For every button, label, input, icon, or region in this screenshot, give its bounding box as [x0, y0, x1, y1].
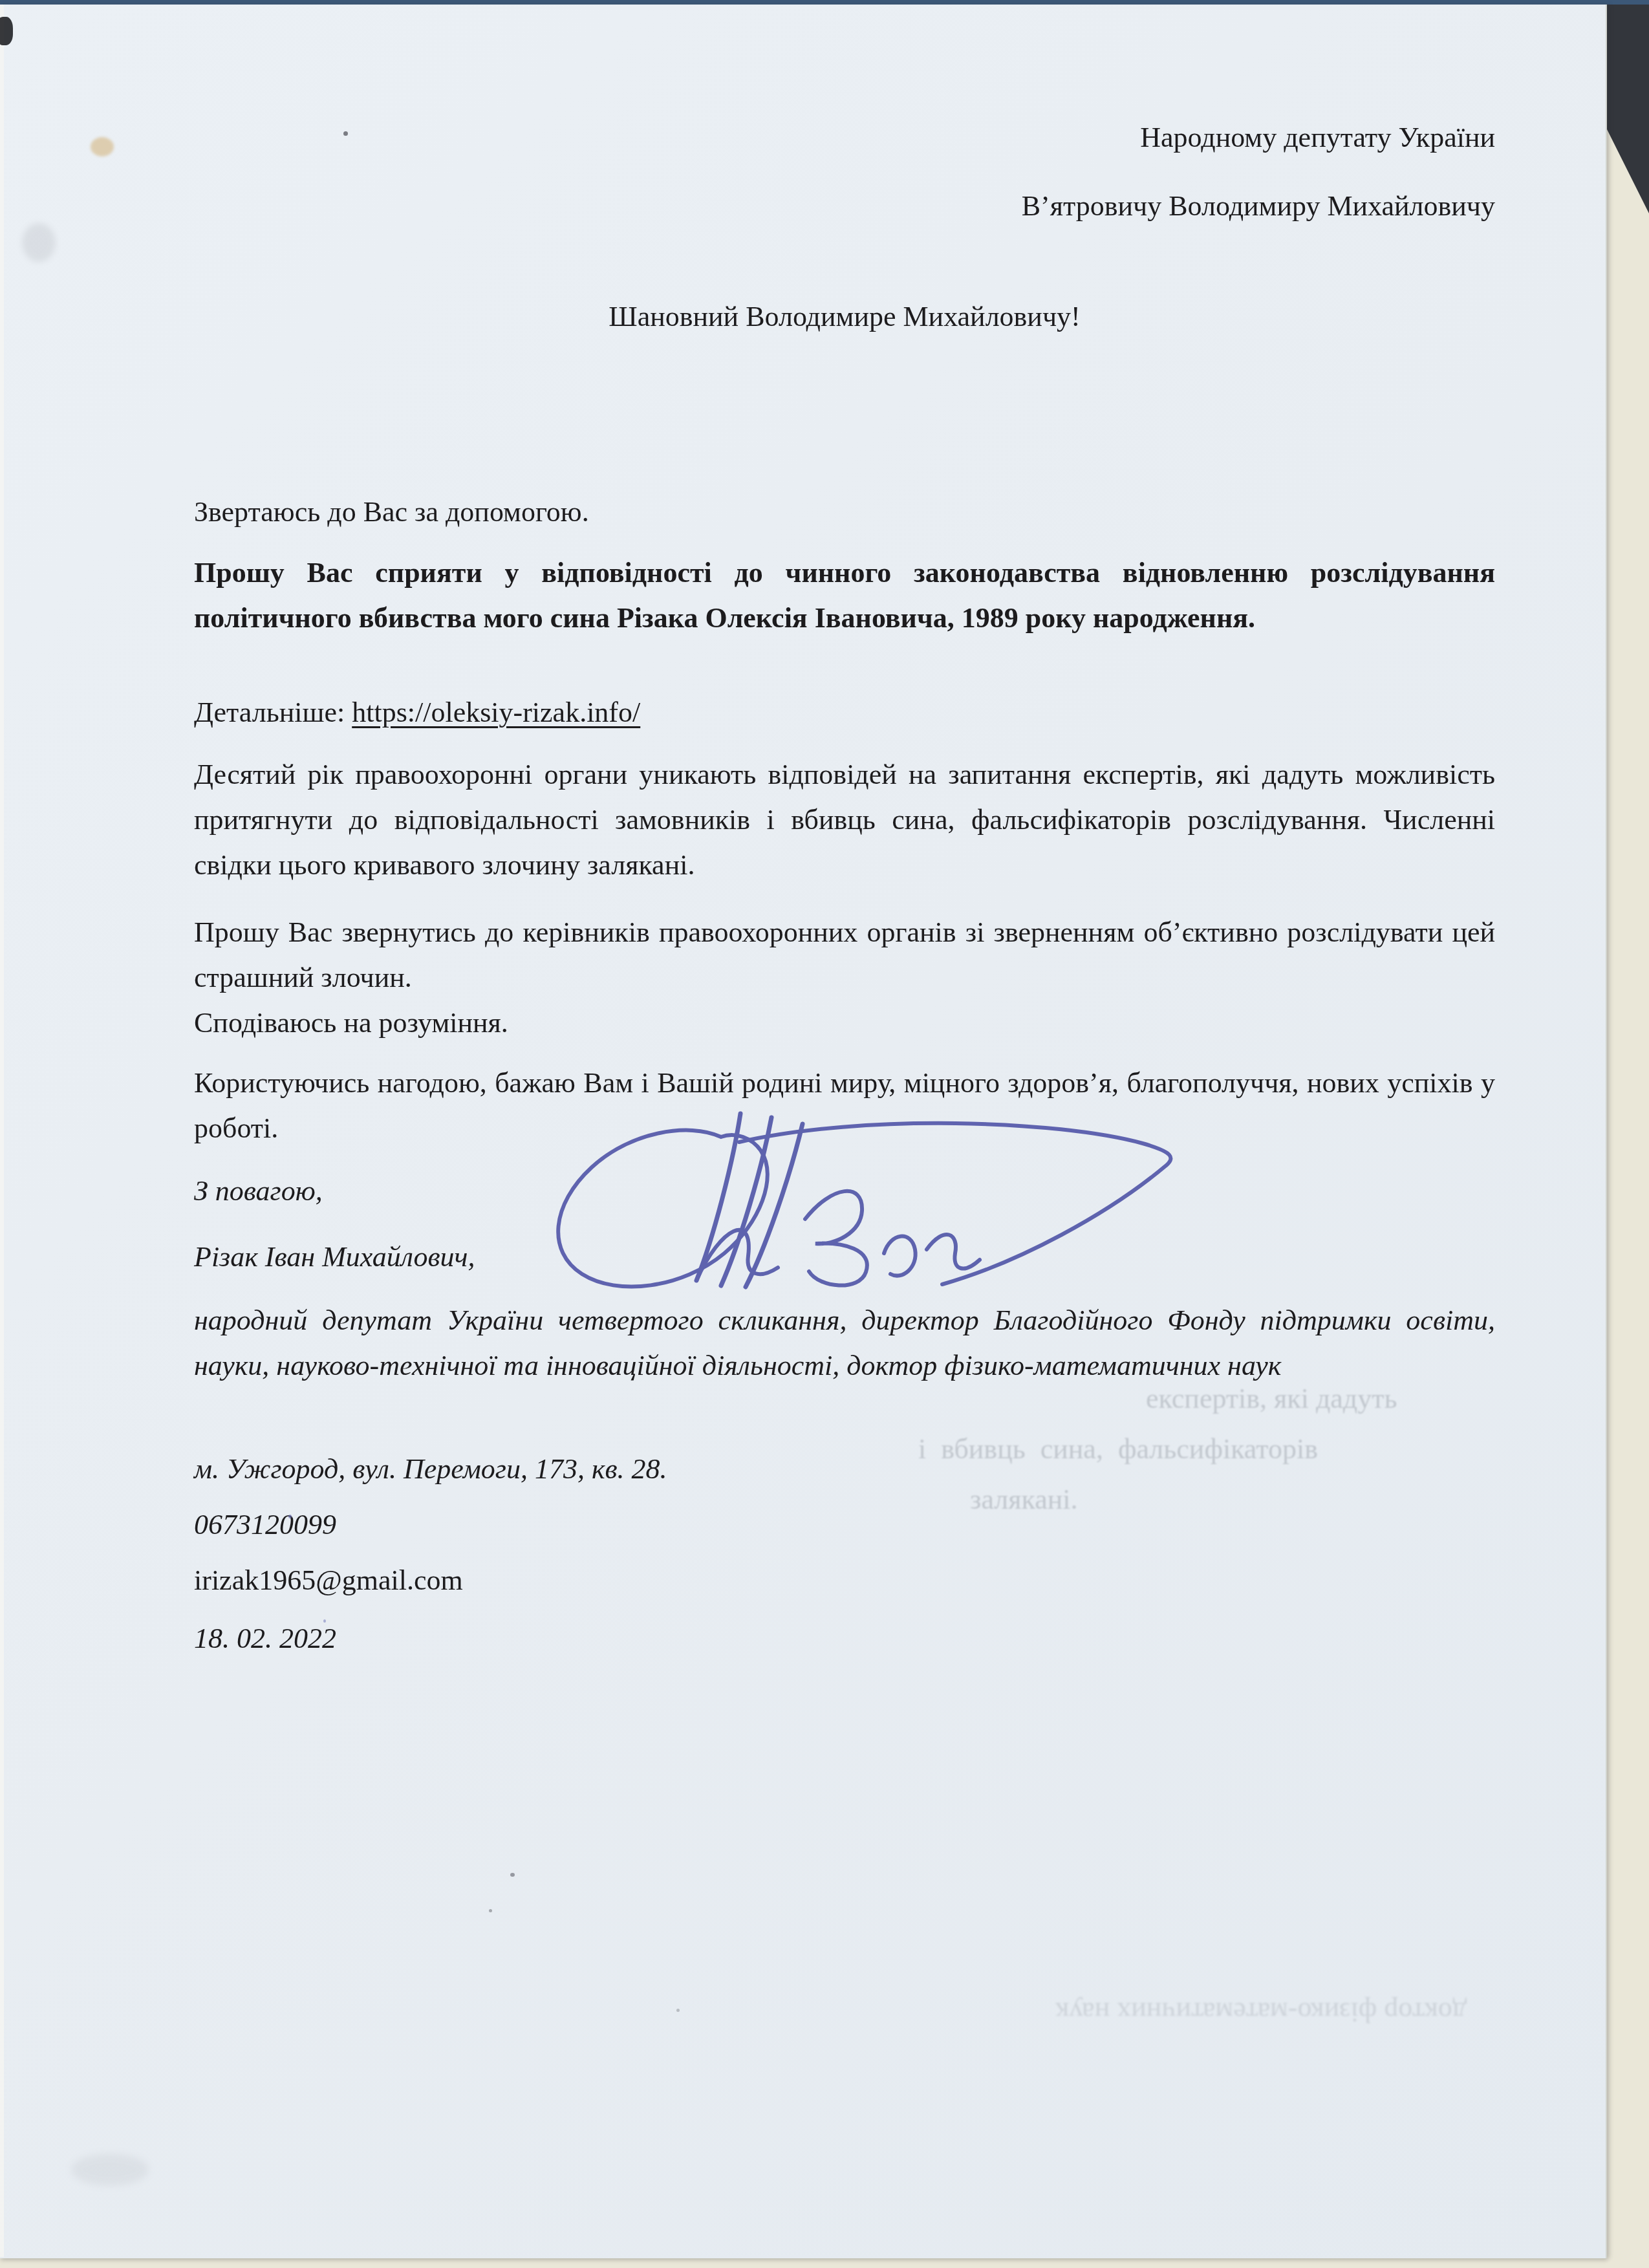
- recipient-line-2: В’ятровичу Володимиру Михайловичу: [1022, 190, 1495, 222]
- letter-date: 18. 02. 2022: [194, 1616, 1495, 1661]
- speck: [676, 2009, 680, 2012]
- speck: [288, 1515, 292, 1518]
- paragraph-details-link: Детальніше: https://oleksiy-rizak.info/: [194, 690, 1495, 735]
- ghost-bleedthrough-line: і вбивць сина, фальсифікаторів: [918, 1427, 1318, 1472]
- stain: [91, 137, 114, 157]
- paragraph-investigation: Десятий рік правоохоронні органи уникают…: [194, 752, 1495, 888]
- recipient-block: Народному депутату України В’ятровичу Во…: [194, 103, 1495, 241]
- scanner-mark: [0, 17, 13, 45]
- sender-title: народний депутат України четвертого скли…: [194, 1298, 1495, 1388]
- ghost-bleedthrough-line: залякані.: [970, 1477, 1078, 1522]
- signature: [527, 1086, 1183, 1310]
- recipient-line-1: Народному депутату України: [1140, 122, 1495, 153]
- url-link: https://oleksiy-rizak.info/: [352, 697, 640, 728]
- ghost-bleedthrough-line: доктор фізико-математичних наук: [1035, 1989, 1487, 2035]
- sender-phone: 0673120099: [194, 1502, 1495, 1548]
- link-label: Детальніше:: [194, 697, 352, 728]
- paragraph-intro: Звертаюсь до Вас за допомогою.: [194, 490, 1495, 535]
- paragraph-appeal: Прошу Вас звернутись до керівників право…: [194, 910, 1495, 1000]
- smudge: [22, 223, 56, 262]
- scanned-letter: Народному депутату України В’ятровичу Во…: [0, 0, 1649, 2268]
- ghost-bleedthrough-line: експертів, які дадуть: [1146, 1376, 1397, 1421]
- speck: [489, 1909, 492, 1912]
- speck: [323, 1619, 326, 1623]
- backing-sheet-bottom: [0, 2257, 1649, 2268]
- salutation: Шановний Володимире Михайловичу!: [194, 294, 1495, 340]
- paragraph-request-bold: Прошу Вас сприяти у відповідності до чин…: [194, 550, 1495, 641]
- scanner-top-edge: [0, 0, 1649, 5]
- sender-email: irizak1965@gmail.com: [194, 1558, 1495, 1603]
- speck: [343, 131, 348, 136]
- paper-left-edge: [0, 5, 4, 2257]
- speck: [510, 1873, 515, 1877]
- paragraph-hope: Сподіваюсь на розуміння.: [194, 1000, 1495, 1046]
- smudge: [71, 2154, 149, 2186]
